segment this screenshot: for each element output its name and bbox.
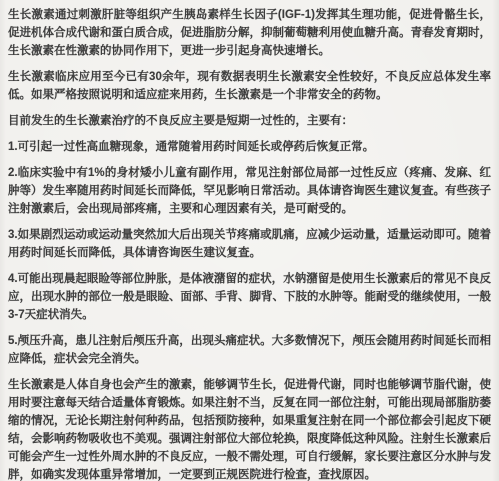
article-body: 生长激素通过刺激肝脏等组织产生胰岛素样生长因子(IGF-1)发挥其生理功能，促进… <box>0 0 499 481</box>
adverse-item-2-injection-site-reaction: 2.临床实验中有1%的身材矮小儿童有副作用，常见注射部位局部一过性反应（疼痛、发… <box>8 164 491 218</box>
adverse-reactions-intro: 目前发生的生长激素治疗的不良反应主要是短期一过性的，主要有： <box>8 112 491 130</box>
adverse-item-5-intracranial-pressure: 5.颅压升高，患儿注射后颅压升高，出现头痛症状。大多数情况下，颅压会随用药时间延… <box>8 332 491 368</box>
adverse-item-4-edema: 4.可能出现晨起眼睑等部位肿胀，是体液潴留的症状，水钠潴留是使用生长激素后的常见… <box>8 270 491 324</box>
gh-physiology-paragraph: 生长激素通过刺激肝脏等组织产生胰岛素样生长因子(IGF-1)发挥其生理功能，促进… <box>8 6 491 60</box>
clinical-safety-paragraph: 生长激素临床应用至今已有30余年，现有数据表明生长激素安全性较好，不良反应总体发… <box>8 68 491 104</box>
injection-advice-paragraph: 生长激素是人体自身也会产生的激素，能够调节生长，促进骨代谢，同时也能够调节脂代谢… <box>8 376 491 481</box>
adverse-item-1-hyperglycemia: 1.可引起一过性高血糖现象，通常随着用药时间延长或停药后恢复正常。 <box>8 138 491 156</box>
adverse-item-3-exercise-pain: 3.如果剧烈运动或运动量突然加大后出现关节疼痛或肌痛，应减少运动量，适量运动即可… <box>8 226 491 262</box>
